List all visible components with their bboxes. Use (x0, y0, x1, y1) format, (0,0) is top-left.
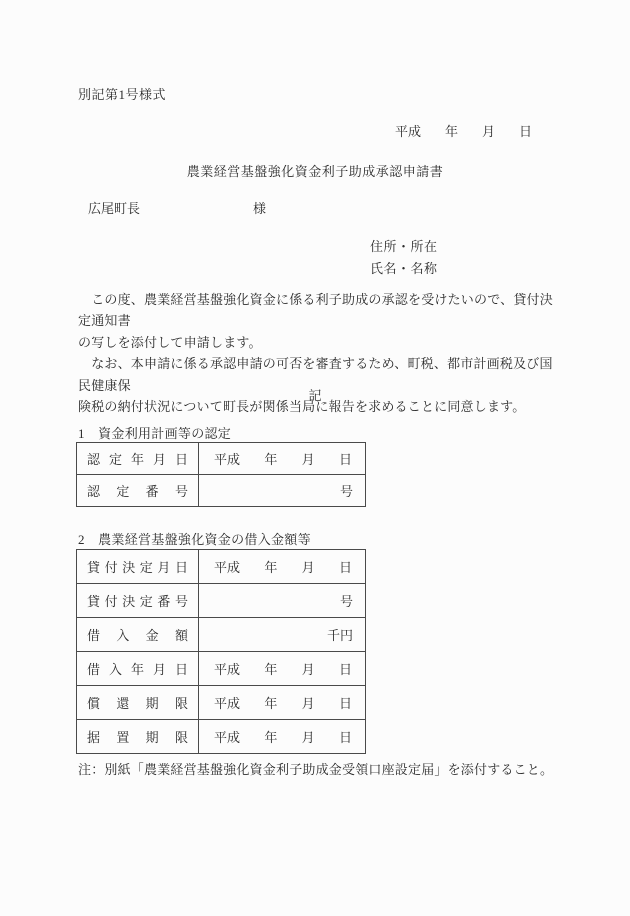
date-year-label: 年 (264, 659, 277, 678)
addressee-name: 広尾町長 (88, 201, 140, 216)
table-row: 据置期限 平成 年 月 日 (77, 719, 365, 753)
row-label-cell: 借入金額 (77, 618, 199, 651)
header-date-line: 平成 年 月 日 (395, 121, 532, 140)
row-label: 貸付決定月日 (87, 557, 188, 576)
table-row: 認定番号 号 (77, 474, 365, 506)
section2-heading: 2 農業経営基盤強化資金の借入金額等 (78, 529, 311, 548)
date-era: 平成 (395, 121, 421, 140)
application-form-document: 別記第1号様式 平成 年 月 日 農業経営基盤強化資金利子助成承認申請書 広尾町… (0, 0, 630, 916)
row-label: 償還期限 (87, 693, 188, 712)
row-label: 認定番号 (87, 481, 188, 500)
certification-table: 認定年月日 平成 年 月 日 認定番号 号 (76, 442, 366, 507)
row-label-cell: 貸付決定月日 (77, 550, 199, 583)
date-month-label: 月 (302, 659, 315, 678)
document-title: 農業経営基盤強化資金利子助成承認申請書 (0, 161, 630, 180)
table-row: 認定年月日 平成 年 月 日 (77, 443, 365, 474)
date-day-label: 日 (339, 727, 352, 746)
loan-amount-table: 貸付決定月日 平成 年 月 日 貸付決定番号 号 借入金額 千円 (76, 549, 366, 754)
row-label: 据置期限 (87, 727, 188, 746)
form-number: 別記第1号様式 (78, 84, 166, 103)
date-year-label: 年 (264, 449, 277, 468)
date-year-label: 年 (264, 557, 277, 576)
date-era: 平成 (214, 693, 240, 712)
row-label: 認定年月日 (87, 449, 188, 468)
date-year-label: 年 (445, 121, 458, 140)
table-row: 貸付決定番号 号 (77, 583, 365, 617)
table-row: 借入年月日 平成 年 月 日 (77, 651, 365, 685)
date-day-label: 日 (339, 659, 352, 678)
row-label-cell: 認定番号 (77, 475, 199, 506)
unit-label: 号 (340, 481, 353, 500)
date-era: 平成 (214, 449, 240, 468)
date-fill-in-cell: 平成 年 月 日 (199, 550, 365, 583)
unit-label: 千円 (327, 625, 353, 644)
row-label-cell: 据置期限 (77, 720, 199, 753)
row-label: 借入金額 (87, 625, 188, 644)
addressee-honorific: 様 (253, 198, 266, 217)
number-fill-in-cell: 号 (199, 584, 365, 617)
date-day-label: 日 (339, 693, 352, 712)
row-label-cell: 認定年月日 (77, 443, 199, 474)
addressee-line: 広尾町長 様 (88, 198, 388, 217)
date-month-label: 月 (302, 557, 315, 576)
ki-mark: 記 (0, 385, 630, 404)
row-label-cell: 借入年月日 (77, 652, 199, 685)
table-row: 償還期限 平成 年 月 日 (77, 685, 365, 719)
date-fill-in-cell: 平成 年 月 日 (199, 686, 365, 719)
date-era: 平成 (214, 659, 240, 678)
date-month-label: 月 (302, 449, 315, 468)
date-fill-in-cell: 平成 年 月 日 (199, 652, 365, 685)
row-label-cell: 償還期限 (77, 686, 199, 719)
row-label: 借入年月日 (87, 659, 188, 678)
body-line: の写しを添付して申請します。 (78, 332, 558, 353)
amount-fill-in-cell: 千円 (199, 618, 365, 651)
date-month-label: 月 (302, 693, 315, 712)
table-row: 借入金額 千円 (77, 617, 365, 651)
date-year-label: 年 (264, 727, 277, 746)
section1-heading: 1 資金利用計画等の認定 (78, 423, 231, 442)
date-day-label: 日 (339, 557, 352, 576)
row-label-cell: 貸付決定番号 (77, 584, 199, 617)
unit-label: 号 (340, 591, 353, 610)
date-era: 平成 (214, 727, 240, 746)
body-line: この度、農業経営基盤強化資金に係る利子助成の承認を受けたいので、貸付決定通知書 (78, 289, 558, 332)
date-fill-in-cell: 平成 年 月 日 (199, 443, 365, 474)
date-month-label: 月 (482, 121, 495, 140)
table-row: 貸付決定月日 平成 年 月 日 (77, 550, 365, 583)
date-month-label: 月 (302, 727, 315, 746)
applicant-address-label: 住所・所在 (370, 236, 438, 255)
date-era: 平成 (214, 557, 240, 576)
date-day-label: 日 (519, 121, 532, 140)
attachment-note: 注：別紙「農業経営基盤強化資金利子助成金受領口座設定届」を添付すること。 (78, 759, 553, 778)
number-fill-in-cell: 号 (199, 475, 365, 506)
applicant-name-label: 氏名・名称 (370, 258, 438, 277)
date-day-label: 日 (339, 449, 352, 468)
date-fill-in-cell: 平成 年 月 日 (199, 720, 365, 753)
date-year-label: 年 (264, 693, 277, 712)
row-label: 貸付決定番号 (87, 591, 188, 610)
